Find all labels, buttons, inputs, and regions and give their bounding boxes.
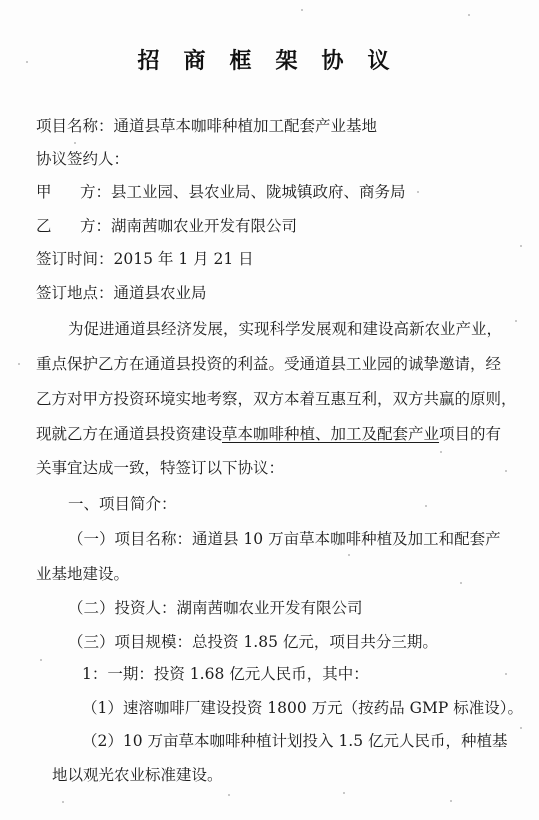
section-1-item-3: （三）项目规模：总投资 1.85 亿元，项目共分三期。 bbox=[68, 632, 438, 652]
scan-speck bbox=[515, 320, 517, 322]
phase-1-subitem-1: （1）速溶咖啡厂建设投资 1800 万元（按药品 GMP 标准设）。 bbox=[82, 698, 523, 718]
party-a-label-suffix: 方： bbox=[80, 183, 111, 201]
party-b-label-char: 乙 bbox=[36, 216, 80, 236]
preamble-line-1: 为促进通道县经济发展，实现科学发展观和建设高新农业产业， bbox=[68, 319, 502, 339]
signing-date-label: 签订时间： bbox=[36, 250, 114, 268]
document-title: 招商框架协议 bbox=[0, 44, 539, 75]
section-1-item-2: （二）投资人：湖南茜咖农业开发有限公司 bbox=[68, 598, 363, 618]
scan-speck bbox=[440, 451, 442, 453]
scanned-document-page: 招商框架协议 项目名称：通道县草本咖啡种植加工配套产业基地 协议签约人： 甲方：… bbox=[0, 0, 539, 820]
preamble-line-4-start: 现就乙方在通道县投资建设 bbox=[36, 425, 222, 443]
underlined-project-scope: 草本咖啡种植、加工及配套产业 bbox=[222, 425, 439, 443]
signing-place-field: 签订地点：通道县农业局 bbox=[36, 283, 207, 303]
scan-speck bbox=[505, 470, 507, 472]
project-name-label: 项目名称： bbox=[36, 117, 114, 135]
preamble-line-4: 现就乙方在通道县投资建设草本咖啡种植、加工及配套产业项目的有 bbox=[36, 424, 501, 444]
section-1-item-1-line-1: （一）项目名称：通道县 10 万亩草本咖啡种植及加工和配套产 bbox=[68, 529, 501, 549]
scan-speck bbox=[417, 191, 419, 193]
signing-date-value: 2015 年 1 月 21 日 bbox=[114, 250, 254, 268]
preamble-line-5: 关事宜达成一致，特签订以下协议： bbox=[36, 458, 284, 478]
party-a-label-char: 甲 bbox=[36, 182, 80, 202]
party-a-value: 县工业园、县农业局、陇城镇政府、商务局 bbox=[111, 183, 406, 201]
signing-place-value: 通道县农业局 bbox=[114, 284, 207, 302]
signing-date-field: 签订时间：2015 年 1 月 21 日 bbox=[36, 249, 254, 269]
scan-speck bbox=[425, 505, 427, 507]
party-b-value: 湖南茜咖农业开发有限公司 bbox=[111, 217, 297, 235]
scan-speck bbox=[26, 61, 28, 63]
party-b-field: 乙方：湖南茜咖农业开发有限公司 bbox=[36, 216, 297, 236]
signing-place-label: 签订地点： bbox=[36, 284, 114, 302]
scan-speck bbox=[348, 554, 350, 556]
phase-1-subitem-2-line-1: （2）10 万亩草本咖啡种植计划投入 1.5 亿元人民币，种植基 bbox=[82, 731, 508, 751]
phase-1-subitem-2-line-2: 地以观光农业标准建设。 bbox=[52, 765, 223, 785]
scan-speck bbox=[62, 801, 64, 803]
scan-speck bbox=[74, 142, 76, 144]
scan-speck bbox=[520, 245, 522, 247]
party-b-label-suffix: 方： bbox=[80, 217, 111, 235]
scan-speck bbox=[343, 792, 345, 794]
project-name-field: 项目名称：通道县草本咖啡种植加工配套产业基地 bbox=[36, 116, 377, 136]
scan-speck bbox=[505, 673, 507, 675]
scan-speck bbox=[520, 727, 522, 729]
section-1-heading: 一、项目简介： bbox=[68, 494, 177, 514]
scan-speck bbox=[450, 800, 452, 802]
signatories-label: 协议签约人： bbox=[36, 149, 129, 169]
section-1-item-1-line-2: 业基地建设。 bbox=[36, 564, 129, 584]
preamble-line-4-end: 项目的有 bbox=[439, 425, 501, 443]
scan-speck bbox=[228, 794, 230, 796]
scan-speck bbox=[40, 659, 42, 661]
scan-speck bbox=[468, 14, 470, 16]
preamble-line-2: 重点保护乙方在通道县投资的利益。受通道县工业园的诚挚邀请，经 bbox=[36, 354, 501, 374]
scan-speck bbox=[460, 582, 462, 584]
preamble-line-3: 乙方对甲方投资环境实地考察，双方本着互惠互利，双方共赢的原则， bbox=[36, 389, 517, 409]
phase-1-summary: 1：一期：投资 1.68 亿元人民币，其中： bbox=[82, 664, 369, 684]
party-a-field: 甲方：县工业园、县农业局、陇城镇政府、商务局 bbox=[36, 182, 406, 202]
scan-speck bbox=[18, 363, 20, 365]
scan-speck bbox=[301, 9, 303, 11]
project-name-value: 通道县草本咖啡种植加工配套产业基地 bbox=[114, 117, 378, 135]
